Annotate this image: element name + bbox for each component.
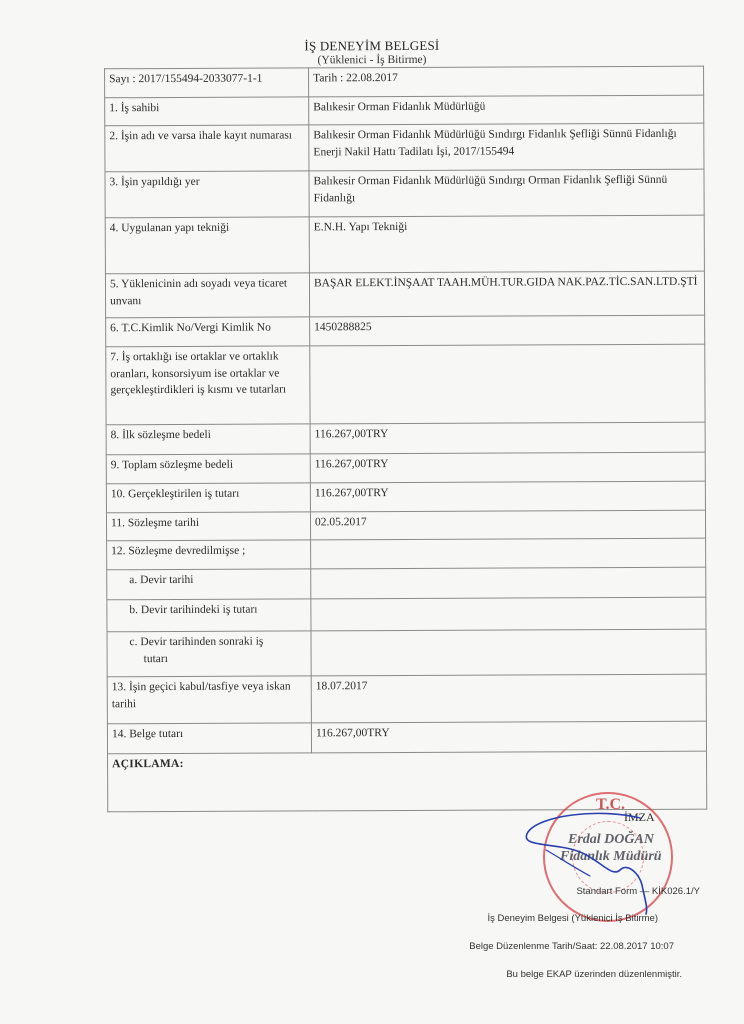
issue-datetime: Belge Düzenlenme Tarih/Saat: 22.08.2017 …: [469, 941, 674, 952]
form-code: Standart Form — KİK026.1/Y: [576, 886, 700, 897]
form-name: İş Deneyim Belgesi (Yüklenici İş Bitirme…: [487, 913, 658, 924]
handwritten-signature-icon: [0, 0, 744, 1024]
ekap-note: Bu belge EKAP üzerinden düzenlenmiştir.: [506, 969, 682, 980]
